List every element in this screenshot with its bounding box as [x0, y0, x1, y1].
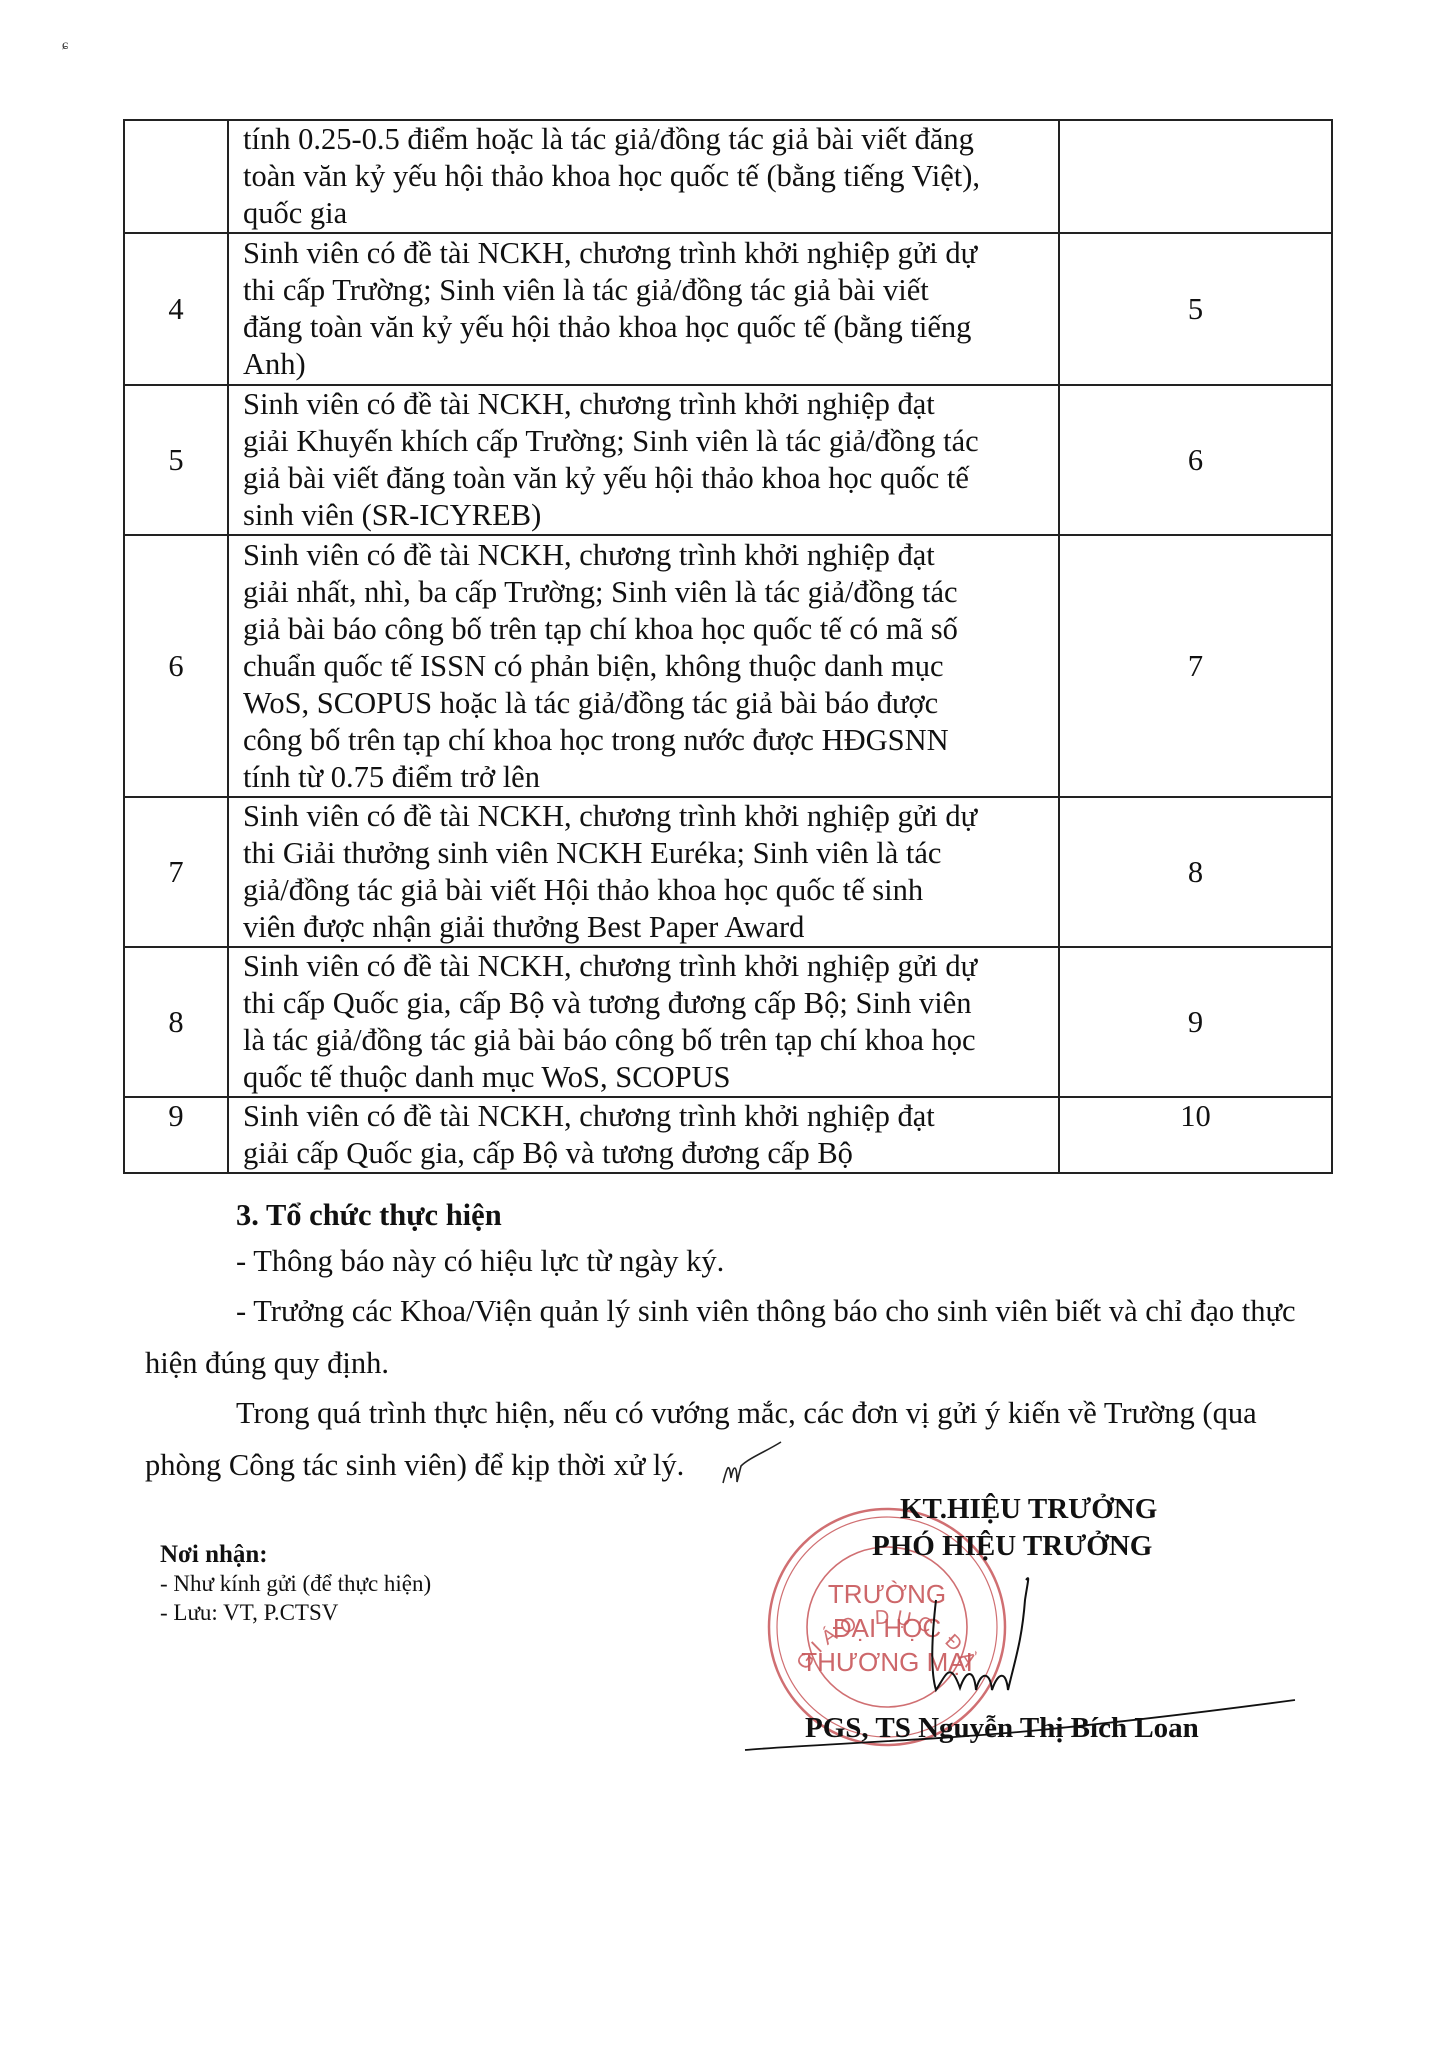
description-line: chuẩn quốc tế ISSN có phản biện, không t…: [243, 648, 1048, 685]
table-row: 9Sinh viên có đề tài NCKH, chương trình …: [124, 1097, 1332, 1173]
recipients-block: Nơi nhận: - Như kính gửi (để thực hiện) …: [160, 1540, 431, 1627]
table-row: 7Sinh viên có đề tài NCKH, chương trình …: [124, 797, 1332, 947]
recipient-item: - Lưu: VT, P.CTSV: [160, 1598, 431, 1627]
criteria-description: tính 0.25-0.5 điểm hoặc là tác giả/đồng …: [228, 120, 1059, 233]
description-line: toàn văn kỷ yếu hội thảo khoa học quốc t…: [243, 158, 1048, 195]
paragraph-faculty-line1: - Trưởng các Khoa/Viện quản lý sinh viên…: [236, 1294, 1296, 1329]
description-line: giả/đồng tác giả bài viết Hội thảo khoa …: [243, 872, 1048, 909]
criteria-description: Sinh viên có đề tài NCKH, chương trình k…: [228, 1097, 1059, 1173]
row-number: 4: [124, 233, 228, 385]
points-value: [1059, 120, 1332, 233]
description-line: quốc gia: [243, 195, 1048, 232]
description-line: Sinh viên có đề tài NCKH, chương trình k…: [243, 386, 1048, 423]
criteria-description: Sinh viên có đề tài NCKH, chương trình k…: [228, 233, 1059, 385]
description-line: giả bài báo công bố trên tạp chí khoa họ…: [243, 611, 1048, 648]
description-line: giải Khuyến khích cấp Trường; Sinh viên …: [243, 423, 1048, 460]
description-line: giải cấp Quốc gia, cấp Bộ và tương đương…: [243, 1135, 1048, 1172]
description-line: WoS, SCOPUS hoặc là tác giả/đồng tác giả…: [243, 685, 1048, 722]
table-row: 5Sinh viên có đề tài NCKH, chương trình …: [124, 385, 1332, 535]
description-line: Anh): [243, 346, 1048, 383]
criteria-description: Sinh viên có đề tài NCKH, chương trình k…: [228, 797, 1059, 947]
description-line: thi cấp Quốc gia, cấp Bộ và tương đương …: [243, 985, 1048, 1022]
points-value: 7: [1059, 535, 1332, 797]
description-line: thi cấp Trường; Sinh viên là tác giả/đồn…: [243, 272, 1048, 309]
paragraph-issues-line2: phòng Công tác sinh viên) để kịp thời xử…: [145, 1448, 684, 1483]
initials-mark: [715, 1438, 785, 1498]
description-line: Sinh viên có đề tài NCKH, chương trình k…: [243, 235, 1048, 272]
points-value: 5: [1059, 233, 1332, 385]
row-number: 7: [124, 797, 228, 947]
row-number: [124, 120, 228, 233]
criteria-description: Sinh viên có đề tài NCKH, chương trình k…: [228, 947, 1059, 1097]
description-line: Sinh viên có đề tài NCKH, chương trình k…: [243, 1098, 1048, 1135]
recipients-title: Nơi nhận:: [160, 1540, 431, 1569]
paragraph-effective: - Thông báo này có hiệu lực từ ngày ký.: [236, 1244, 724, 1279]
section-heading: 3. Tổ chức thực hiện: [236, 1198, 502, 1233]
points-value: 10: [1059, 1097, 1332, 1173]
description-line: viên được nhận giải thưởng Best Paper Aw…: [243, 909, 1048, 946]
row-number: 6: [124, 535, 228, 797]
description-line: giả bài viết đăng toàn văn kỷ yếu hội th…: [243, 460, 1048, 497]
recipient-item: - Như kính gửi (để thực hiện): [160, 1569, 431, 1598]
criteria-description: Sinh viên có đề tài NCKH, chương trình k…: [228, 535, 1059, 797]
points-value: 9: [1059, 947, 1332, 1097]
description-line: quốc tế thuộc danh mục WoS, SCOPUS: [243, 1059, 1048, 1096]
description-line: sinh viên (SR-ICYREB): [243, 497, 1048, 534]
row-number: 5: [124, 385, 228, 535]
description-line: công bố trên tạp chí khoa học trong nước…: [243, 722, 1048, 759]
table-row: 8Sinh viên có đề tài NCKH, chương trình …: [124, 947, 1332, 1097]
description-line: tính từ 0.75 điểm trở lên: [243, 759, 1048, 796]
points-value: 8: [1059, 797, 1332, 947]
criteria-description: Sinh viên có đề tài NCKH, chương trình k…: [228, 385, 1059, 535]
description-line: giải nhất, nhì, ba cấp Trường; Sinh viên…: [243, 574, 1048, 611]
points-value: 6: [1059, 385, 1332, 535]
description-line: tính 0.25-0.5 điểm hoặc là tác giả/đồng …: [243, 121, 1048, 158]
description-line: thi Giải thưởng sinh viên NCKH Euréka; S…: [243, 835, 1048, 872]
signer-title-1: KT.HIỆU TRƯỞNG: [900, 1493, 1157, 1526]
row-number: 9: [124, 1097, 228, 1173]
signer-name: PGS, TS Nguyễn Thị Bích Loan: [805, 1712, 1199, 1745]
paragraph-faculty-line2: hiện đúng quy định.: [145, 1346, 389, 1381]
description-line: Sinh viên có đề tài NCKH, chương trình k…: [243, 537, 1048, 574]
row-number: 8: [124, 947, 228, 1097]
criteria-table: tính 0.25-0.5 điểm hoặc là tác giả/đồng …: [123, 119, 1333, 1174]
table-row: 4Sinh viên có đề tài NCKH, chương trình …: [124, 233, 1332, 385]
table-row: 6Sinh viên có đề tài NCKH, chương trình …: [124, 535, 1332, 797]
scan-speck: ɕ: [62, 38, 68, 54]
description-line: Sinh viên có đề tài NCKH, chương trình k…: [243, 798, 1048, 835]
description-line: Sinh viên có đề tài NCKH, chương trình k…: [243, 948, 1048, 985]
description-line: đăng toàn văn kỷ yếu hội thảo khoa học q…: [243, 309, 1048, 346]
description-line: là tác giả/đồng tác giả bài báo công bố …: [243, 1022, 1048, 1059]
table-row: tính 0.25-0.5 điểm hoặc là tác giả/đồng …: [124, 120, 1332, 233]
paragraph-issues-line1: Trong quá trình thực hiện, nếu có vướng …: [236, 1396, 1257, 1431]
